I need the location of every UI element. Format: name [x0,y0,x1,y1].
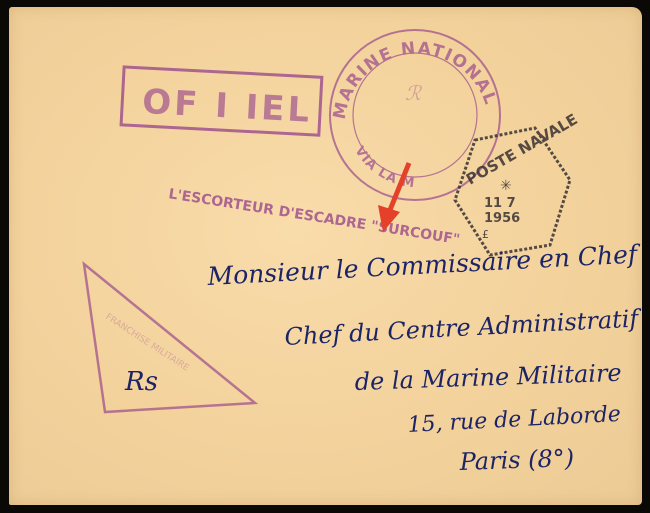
address-line-5: Paris (8°) [458,444,574,476]
svg-text:ℛ: ℛ [405,81,423,105]
officiel-text: OF I IEL [141,82,313,131]
postmark-year: 1956 [484,211,520,226]
address-line-3: de la Marine Militaire [354,359,622,396]
handwritten-address: Monsieur le Commissaire en Chef Chef du … [206,239,643,476]
svg-text:✳: ✳ [500,178,512,194]
initials: Rs [124,367,158,397]
postmark-day-month: 11 7 [484,196,516,211]
address-line-2: Chef du Centre Administratif [284,304,643,351]
postmark-top-text: POSTE NAVALE [463,110,581,188]
poste-navale-postmark: POSTE NAVALE ✳ 11 7 1956 £ [455,110,581,255]
envelope-markings: OF I IEL MARINE NATIONALE VIA LA M ℛ POS… [0,0,650,513]
svg-text:£: £ [482,228,489,241]
svg-text:FRANCHISE MILITAIRE: FRANCHISE MILITAIRE [103,312,191,374]
address-line-4: 15, rue de Laborde [407,402,621,438]
address-line-1: Monsieur le Commissaire en Chef [206,239,642,291]
ship-name-stamp: L'ESCORTEUR D'ESCADRE "SURCOUF" [167,186,461,248]
officiel-stamp: OF I IEL [121,67,322,135]
